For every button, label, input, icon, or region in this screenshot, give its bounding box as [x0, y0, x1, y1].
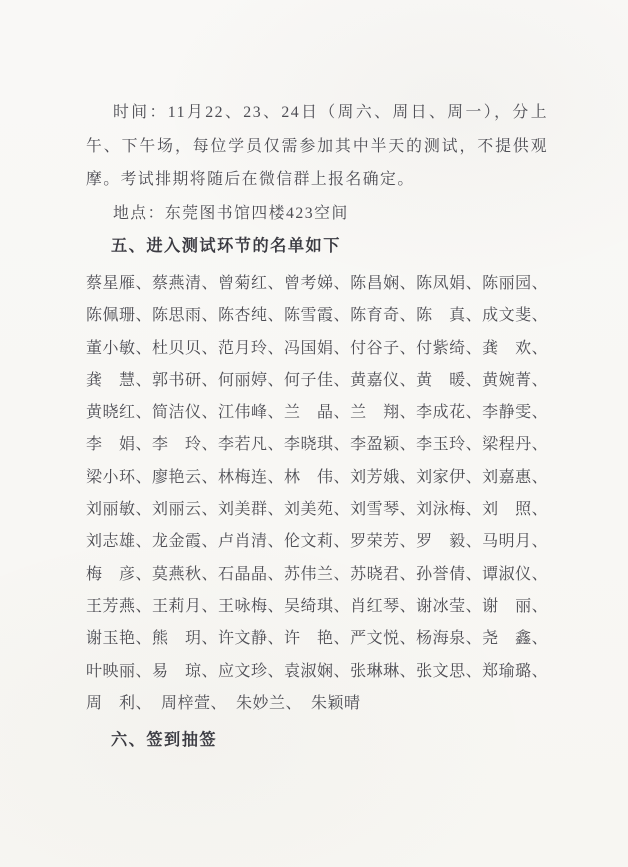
person-name: 袁淑娴、: [284, 656, 350, 688]
person-name: 蔡燕清、: [152, 268, 218, 300]
person-name: 刘家伊、: [416, 462, 482, 494]
person-name: 陈杏纯、: [218, 300, 284, 332]
person-name: 陈凤娟、: [416, 268, 482, 300]
name-list-line: 李 娟、李 玲、李若凡、李晓琪、李盈颖、李玉玲、梁程丹、: [86, 429, 548, 461]
person-name: 董小敏、: [86, 333, 152, 365]
time-paragraph: 时间：11月22、23、24日（周六、周日、周一），分上午、下午场，每位学员仅需…: [86, 96, 548, 197]
person-name: 熊 玥、: [152, 623, 218, 655]
name-list-line: 梅 彦、莫燕秋、石晶晶、苏伟兰、苏晓君、孙誉倩、谭淑仪、: [86, 559, 548, 591]
person-name: 朱颖晴: [311, 688, 361, 720]
name-list-line: 王芳燕、王莉月、王咏梅、吴绮琪、肖红琴、谢冰莹、谢 丽、: [86, 591, 548, 623]
person-name: 李 娟、: [86, 429, 152, 461]
person-name: 伦文莉、: [284, 526, 350, 558]
person-name: 陈雪霞、: [284, 300, 350, 332]
person-name: 莫燕秋、: [152, 559, 218, 591]
person-name: 陈丽园、: [482, 268, 548, 300]
person-name: 曾菊红、: [218, 268, 284, 300]
person-name: 谢玉艳、: [86, 623, 152, 655]
person-name: 刘雪琴、: [350, 494, 416, 526]
person-name: 梅 彦、: [86, 559, 152, 591]
person-name: 刘丽敏、: [86, 494, 152, 526]
person-name: 林梅连、: [218, 462, 284, 494]
person-name: 陈昌娴、: [350, 268, 416, 300]
person-name: 龚 慧、: [86, 365, 152, 397]
document-page: 时间：11月22、23、24日（周六、周日、周一），分上午、下午场，每位学员仅需…: [0, 0, 628, 867]
person-name: 苏伟兰、: [284, 559, 350, 591]
person-name: 范月玲、: [218, 333, 284, 365]
person-name: 周梓萱、: [161, 688, 227, 720]
location-paragraph: 地点：东莞图书馆四楼423空间: [86, 197, 548, 231]
person-name: 兰 翔、: [350, 397, 416, 429]
person-name: 孙誉倩、: [416, 559, 482, 591]
name-list-line: 梁小环、廖艳云、林梅连、林 伟、刘芳娥、刘家伊、刘嘉惠、: [86, 462, 548, 494]
person-name: 易 琼、: [152, 656, 218, 688]
person-name: 郭书研、: [152, 365, 218, 397]
person-name: 杨海泉、: [416, 623, 482, 655]
person-name: 梁程丹、: [482, 429, 548, 461]
person-name: 王咏梅、: [218, 591, 284, 623]
person-name: 吴绮琪、: [284, 591, 350, 623]
person-name: 陈思雨、: [152, 300, 218, 332]
person-name: 谭淑仪、: [482, 559, 548, 591]
person-name: 周 利、: [86, 688, 152, 720]
person-name: 谢 丽、: [482, 591, 548, 623]
person-name: 陈佩珊、: [86, 300, 152, 332]
person-name: 简洁仪、: [152, 397, 218, 429]
person-name: 罗 毅、: [416, 526, 482, 558]
person-name: 刘志雄、: [86, 526, 152, 558]
person-name: 黄婉菁、: [482, 365, 548, 397]
name-list-line: 黄晓红、简洁仪、江伟峰、兰 晶、兰 翔、李成花、李静雯、: [86, 397, 548, 429]
person-name: 严文悦、: [350, 623, 416, 655]
person-name: 冯国娟、: [284, 333, 350, 365]
person-name: 杜贝贝、: [152, 333, 218, 365]
person-name: 付谷子、: [350, 333, 416, 365]
person-name: 李盈颖、: [350, 429, 416, 461]
person-name: 李 玲、: [152, 429, 218, 461]
person-name: 刘泳梅、: [416, 494, 482, 526]
person-name: 兰 晶、: [284, 397, 350, 429]
person-name: 黄 暖、: [416, 365, 482, 397]
person-name: 许 艳、: [284, 623, 350, 655]
name-list-line: 刘志雄、龙金霞、卢肖清、伦文莉、罗荣芳、罗 毅、马明月、: [86, 526, 548, 558]
person-name: 李若凡、: [218, 429, 284, 461]
person-name: 刘美群、: [218, 494, 284, 526]
person-name: 何丽婷、: [218, 365, 284, 397]
person-name: 王芳燕、: [86, 591, 152, 623]
person-name: 蔡星雁、: [86, 268, 152, 300]
person-name: 王莉月、: [152, 591, 218, 623]
person-name: 付紫绮、: [416, 333, 482, 365]
person-name: 尧 鑫、: [482, 623, 548, 655]
name-list-line: 周 利、周梓萱、朱妙兰、朱颖晴: [86, 688, 548, 720]
person-name: 梁小环、: [86, 462, 152, 494]
person-name: 李静雯、: [482, 397, 548, 429]
person-name: 苏晓君、: [350, 559, 416, 591]
person-name: 李晓琪、: [284, 429, 350, 461]
person-name: 石晶晶、: [218, 559, 284, 591]
person-name: 黄嘉仪、: [350, 365, 416, 397]
person-name: 刘嘉惠、: [482, 462, 548, 494]
person-name: 应文珍、: [218, 656, 284, 688]
person-name: 何子佳、: [284, 365, 350, 397]
person-name: 谢冰莹、: [416, 591, 482, 623]
person-name: 刘 照、: [482, 494, 548, 526]
person-name: 陈 真、: [416, 300, 482, 332]
person-name: 江伟峰、: [218, 397, 284, 429]
name-list: 蔡星雁、蔡燕清、曾菊红、曾考娣、陈昌娴、陈凤娟、陈丽园、陈佩珊、陈思雨、陈杏纯、…: [86, 268, 548, 720]
section-5-heading: 五、进入测试环节的名单如下: [86, 230, 548, 264]
name-list-line: 叶映丽、易 琼、应文珍、袁淑娴、张琳琳、张文思、郑瑜璐、: [86, 656, 548, 688]
person-name: 李成花、: [416, 397, 482, 429]
name-list-line: 刘丽敏、刘丽云、刘美群、刘美苑、刘雪琴、刘泳梅、刘 照、: [86, 494, 548, 526]
name-list-line: 龚 慧、郭书研、何丽婷、何子佳、黄嘉仪、黄 暖、黄婉菁、: [86, 365, 548, 397]
person-name: 龚 欢、: [482, 333, 548, 365]
person-name: 张文思、: [416, 656, 482, 688]
person-name: 叶映丽、: [86, 656, 152, 688]
name-list-line: 谢玉艳、熊 玥、许文静、许 艳、严文悦、杨海泉、尧 鑫、: [86, 623, 548, 655]
person-name: 刘芳娥、: [350, 462, 416, 494]
person-name: 林 伟、: [284, 462, 350, 494]
person-name: 刘美苑、: [284, 494, 350, 526]
person-name: 罗荣芳、: [350, 526, 416, 558]
person-name: 廖艳云、: [152, 462, 218, 494]
person-name: 朱妙兰、: [236, 688, 302, 720]
person-name: 郑瑜璐、: [482, 656, 548, 688]
person-name: 肖红琴、: [350, 591, 416, 623]
section-6-heading: 六、签到抽签: [86, 724, 548, 758]
name-list-line: 蔡星雁、蔡燕清、曾菊红、曾考娣、陈昌娴、陈凤娟、陈丽园、: [86, 268, 548, 300]
person-name: 刘丽云、: [152, 494, 218, 526]
name-list-line: 陈佩珊、陈思雨、陈杏纯、陈雪霞、陈育奇、陈 真、成文斐、: [86, 300, 548, 332]
person-name: 成文斐、: [482, 300, 548, 332]
person-name: 陈育奇、: [350, 300, 416, 332]
person-name: 许文静、: [218, 623, 284, 655]
person-name: 曾考娣、: [284, 268, 350, 300]
person-name: 黄晓红、: [86, 397, 152, 429]
person-name: 马明月、: [482, 526, 548, 558]
person-name: 龙金霞、: [152, 526, 218, 558]
person-name: 张琳琳、: [350, 656, 416, 688]
person-name: 李玉玲、: [416, 429, 482, 461]
person-name: 卢肖清、: [218, 526, 284, 558]
name-list-line: 董小敏、杜贝贝、范月玲、冯国娟、付谷子、付紫绮、龚 欢、: [86, 333, 548, 365]
